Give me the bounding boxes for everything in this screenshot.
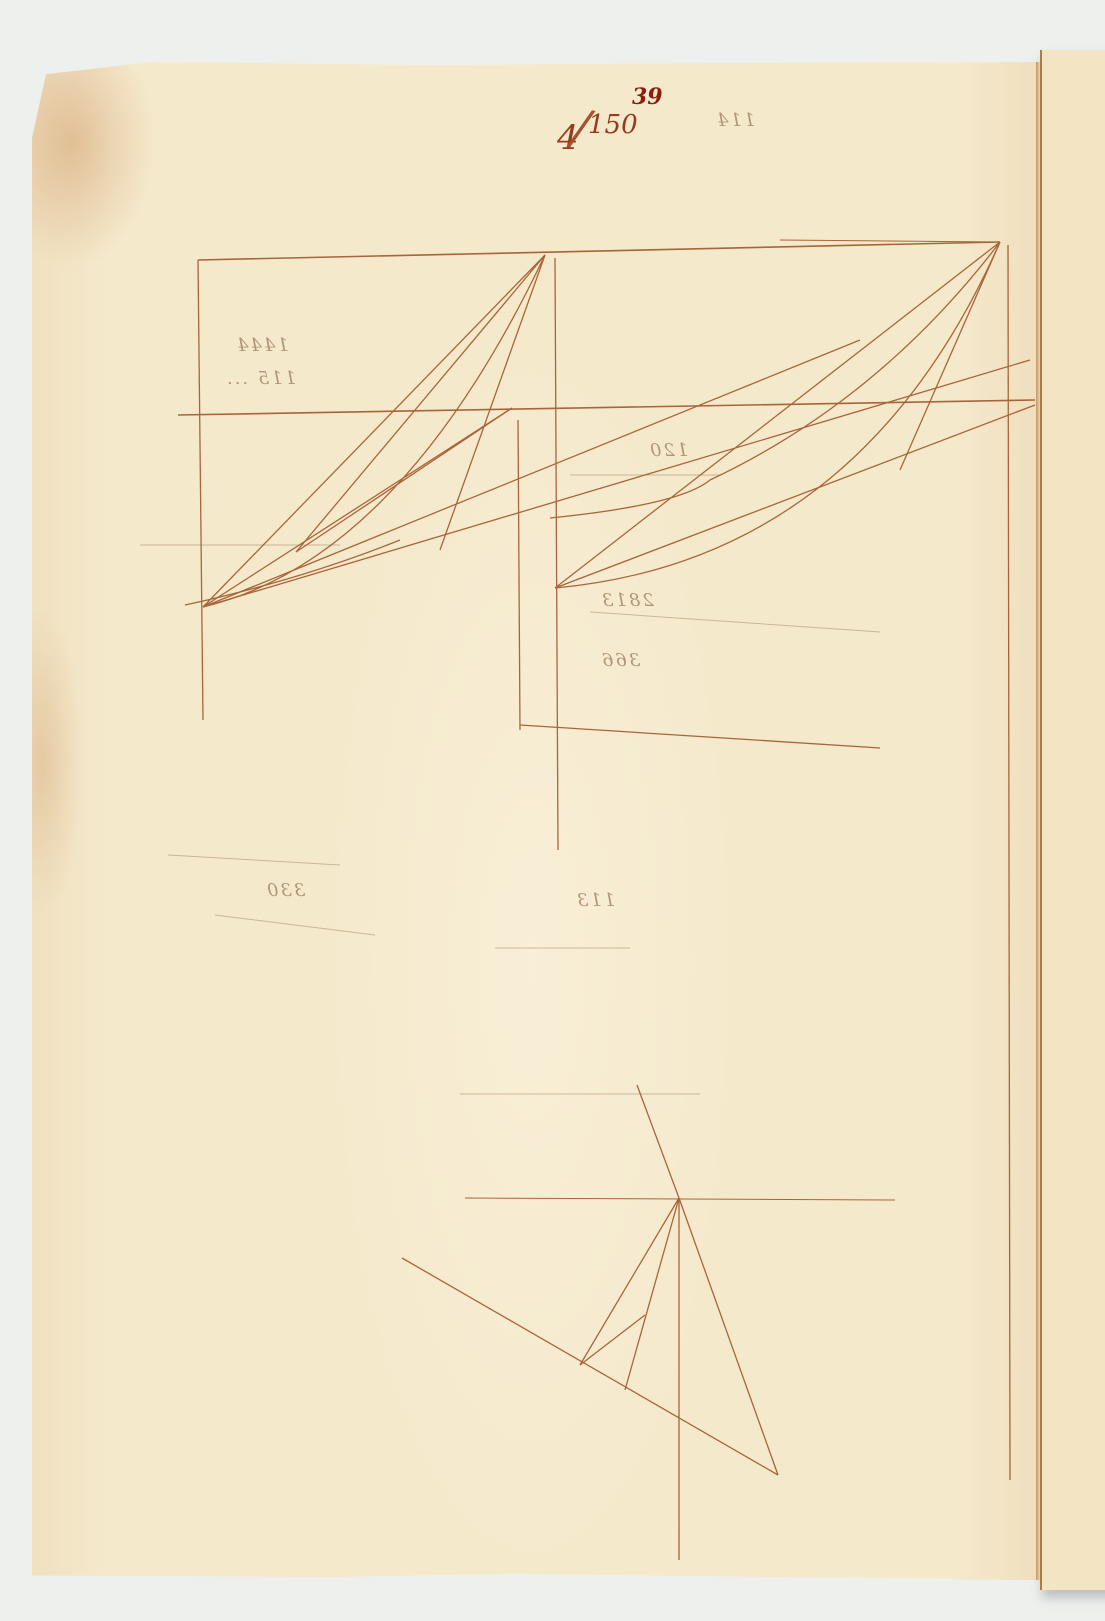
folio-superscript: 39 xyxy=(632,84,663,110)
geometric-diagram xyxy=(0,0,1105,1621)
mirror-note: 330 xyxy=(265,880,305,901)
mirror-note: 2813 xyxy=(600,590,654,611)
mirror-note: 120 xyxy=(648,440,688,461)
folio-right-number: 150 xyxy=(588,110,638,140)
mirror-note: 115 ... xyxy=(225,368,296,389)
mirror-note: 114 xyxy=(715,110,755,131)
mirror-note: 1444 xyxy=(235,335,289,356)
mirror-note: 366 xyxy=(600,650,640,671)
mirror-note: 113 xyxy=(575,890,615,911)
